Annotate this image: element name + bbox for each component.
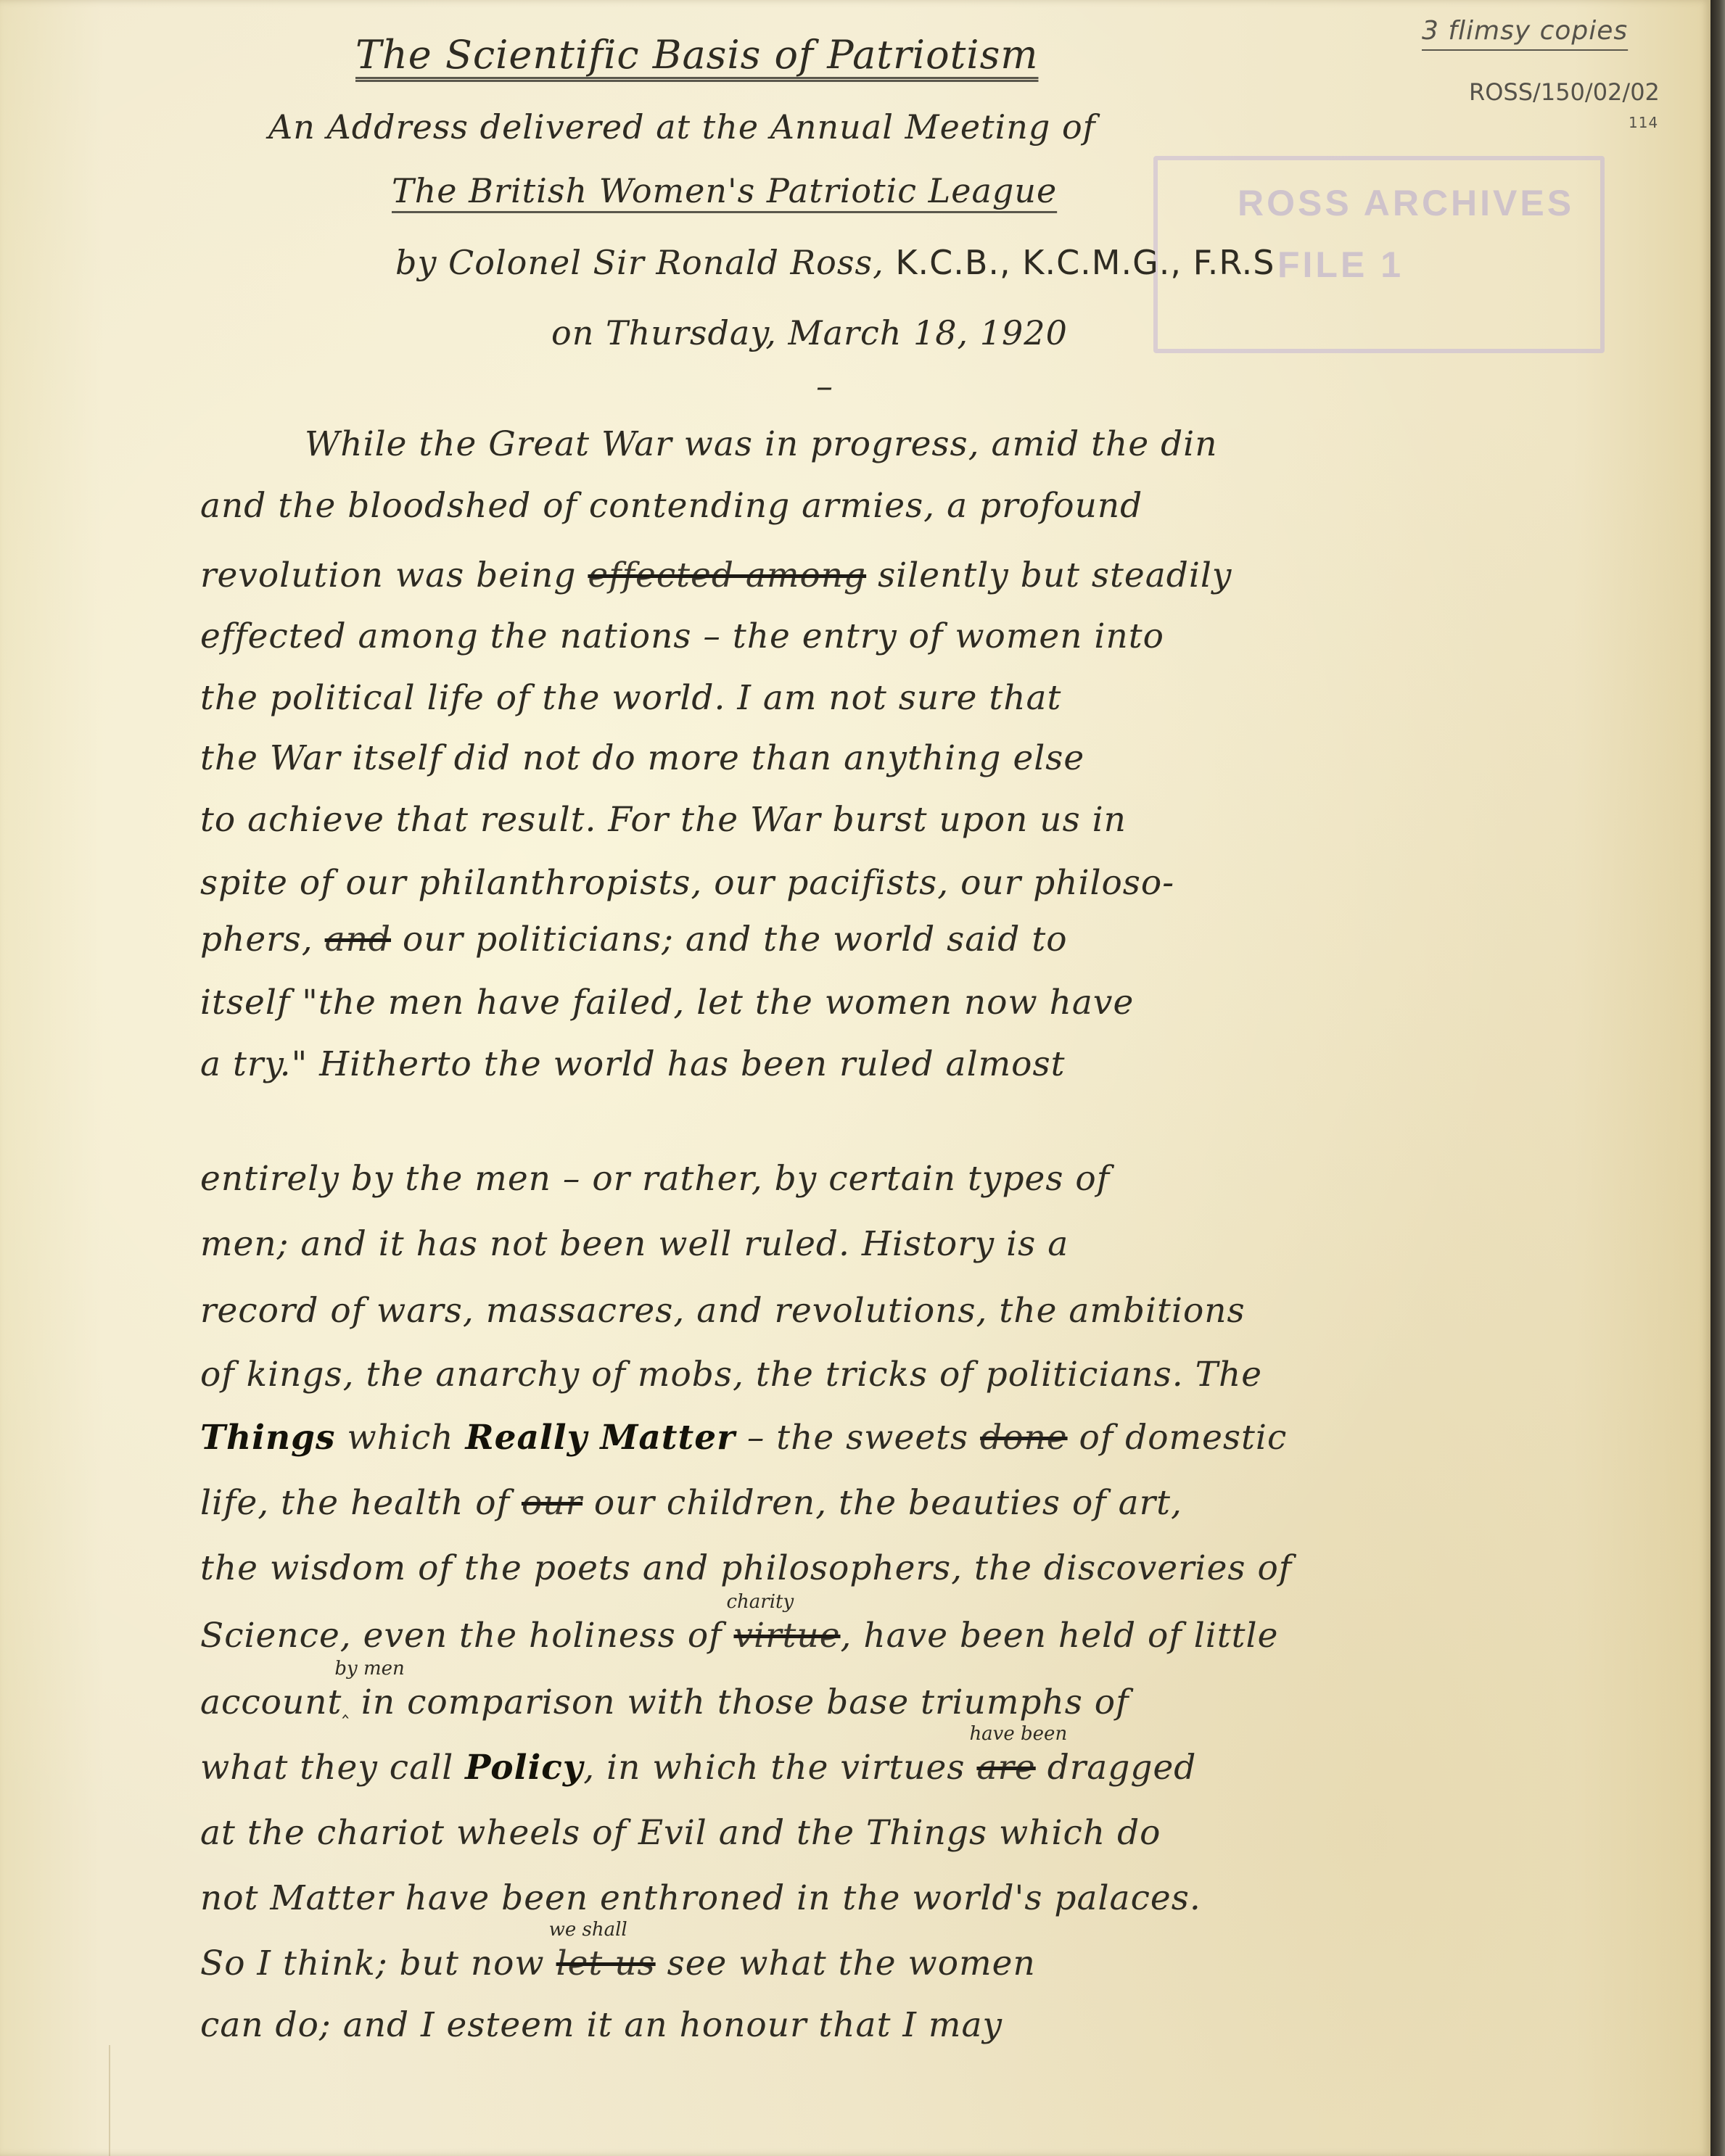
body-line-5: the political life of the world. I am no…	[200, 678, 1061, 718]
body-line-22: at the chariot wheels of Evil and the Th…	[200, 1813, 1161, 1853]
text-segment: our children, the beauties of art,	[582, 1483, 1182, 1523]
copies-note: 3 flimsy copies	[1422, 16, 1628, 46]
text-segment: silently but steadily	[866, 555, 1232, 595]
body-line-3: revolution was being effected among sile…	[200, 555, 1232, 595]
emphasized-word: Policy	[465, 1748, 583, 1788]
author-honours: K.C.B., K.C.M.G., F.R.S	[895, 243, 1275, 282]
text-segment: of domestic	[1068, 1418, 1288, 1458]
deleted-text: virtue	[733, 1616, 840, 1656]
deleted-text: done	[980, 1418, 1067, 1458]
header-separator: –	[816, 366, 833, 405]
paper-fold-line	[109, 2045, 110, 2156]
text-segment: what they call	[200, 1748, 465, 1788]
text-segment: in comparison with those base triumphs o…	[350, 1682, 1129, 1722]
inserted-text: have been	[969, 1723, 1067, 1745]
stamp-line-archives: ROSS ARCHIVES	[1238, 182, 1574, 224]
inserted-text: charity	[726, 1591, 794, 1613]
author-line: by Colonel Sir Ronald Ross, K.C.B., K.C.…	[395, 243, 1275, 282]
body-line-20: accountby men‸ in comparison with those …	[200, 1682, 1129, 1722]
body-line-2: and the bloodshed of contending armies, …	[200, 486, 1143, 526]
page-edge-shadow	[1710, 0, 1725, 2156]
inserted-text: by men	[334, 1658, 404, 1680]
stamp-line-file: FILE 1	[1277, 244, 1404, 286]
body-line-18: the wisdom of the poets and philosophers…	[200, 1548, 1292, 1588]
text-segment: revolution was being	[200, 555, 588, 595]
body-line-6: the War itself did not do more than anyt…	[200, 738, 1084, 778]
body-line-24: So I think; but now we shalllet us see w…	[200, 1944, 1036, 1983]
body-line-16: Things which Really Matter – the sweets …	[200, 1418, 1287, 1458]
deleted-text: effected among	[588, 555, 866, 595]
document-title: The Scientific Basis of Patriotism	[355, 32, 1038, 78]
body-line-10: itself "the men have failed, let the wom…	[200, 983, 1134, 1023]
body-line-23: not Matter have been enthroned in the wo…	[200, 1878, 1201, 1918]
text-segment: dragged	[1036, 1748, 1197, 1788]
body-line-11: a try." Hitherto the world has been rule…	[200, 1044, 1065, 1084]
body-line-9: phers, and our politicians; and the worl…	[200, 920, 1068, 959]
text-segment: Science, even the holiness of	[200, 1616, 733, 1656]
folio-number: 114	[1629, 114, 1658, 131]
body-line-4: effected among the nations – the entry o…	[200, 616, 1164, 656]
body-line-1: While the Great War was in progress, ami…	[305, 424, 1217, 464]
deleted-text: our	[522, 1483, 582, 1523]
body-line-8: spite of our philanthropists, our pacifi…	[200, 863, 1174, 903]
deleted-text: let us	[556, 1944, 656, 1983]
deleted-text: and	[325, 920, 391, 959]
emphasized-word: Really Matter	[466, 1418, 736, 1458]
text-segment: life, the health of	[200, 1483, 522, 1523]
date-line: on Thursday, March 18, 1920	[551, 313, 1068, 352]
manuscript-page: 3 flimsy copies ROSS/150/02/02 114 ROSS …	[0, 0, 1710, 2156]
author-name: by Colonel Sir Ronald Ross,	[395, 243, 895, 282]
body-line-12: entirely by the men – or rather, by cert…	[200, 1159, 1110, 1199]
body-line-14: record of wars, massacres, and revolutio…	[200, 1291, 1246, 1331]
body-line-7: to achieve that result. For the War burs…	[200, 800, 1127, 840]
text-segment: see what the women	[656, 1944, 1036, 1983]
text-segment: account	[200, 1682, 342, 1722]
body-line-15: of kings, the anarchy of mobs, the trick…	[200, 1355, 1262, 1395]
text-segment: So I think; but now	[200, 1944, 556, 1983]
text-segment: – the sweets	[736, 1418, 980, 1458]
archive-reference: ROSS/150/02/02	[1469, 78, 1660, 106]
organization-name: The British Women's Patriotic League	[392, 171, 1057, 210]
body-line-13: men; and it has not been well ruled. His…	[200, 1224, 1069, 1264]
body-line-17: life, the health of our our children, th…	[200, 1483, 1182, 1523]
text-segment: , have been held of little	[841, 1616, 1279, 1656]
deleted-text: are	[976, 1748, 1035, 1788]
text-segment: , in which the virtues	[583, 1748, 976, 1788]
address-subtitle: An Address delivered at the Annual Meeti…	[268, 107, 1096, 146]
emphasized-word: Things	[200, 1418, 336, 1458]
insertion-caret: ‸	[342, 1695, 350, 1719]
text-segment: phers,	[200, 920, 325, 959]
body-line-25: can do; and I esteem it an honour that I…	[200, 2005, 1003, 2045]
inserted-text: we shall	[549, 1919, 627, 1941]
text-segment: which	[336, 1418, 466, 1458]
body-line-21: what they call Policy, in which the virt…	[200, 1748, 1196, 1788]
text-segment: our politicians; and the world said to	[391, 920, 1067, 959]
body-line-19: Science, even the holiness of charityvir…	[200, 1616, 1278, 1656]
